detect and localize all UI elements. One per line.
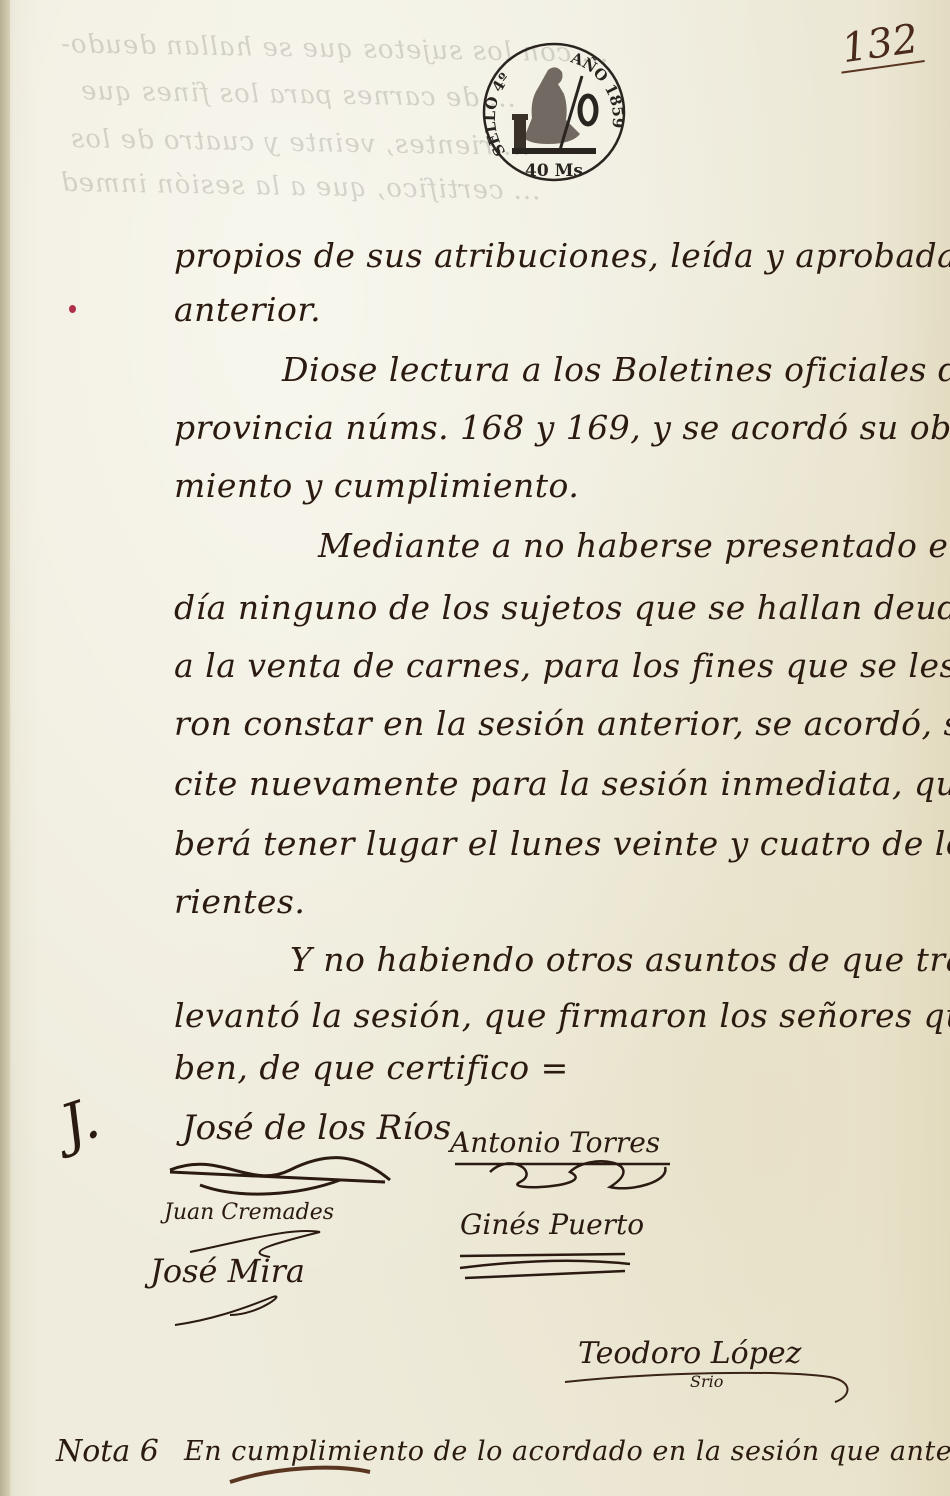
body-line: berá tener lugar el lunes veinte y cuatr…	[174, 824, 950, 863]
signature-flourish-icon	[170, 1290, 300, 1330]
signature-flourish-icon	[160, 1150, 400, 1200]
footer-note-label: Nota 6	[56, 1434, 159, 1469]
folio-number: 132	[835, 16, 925, 73]
fiscal-stamp: SELLO 4º AÑO 1859 40 Ms	[478, 40, 630, 185]
bleed-through-line: ... certifico, que a la sesión inmed	[60, 168, 541, 206]
body-line: propios de sus atribuciones, leída y apr…	[174, 236, 950, 275]
body-line: rientes.	[174, 882, 305, 921]
bleed-through-line: ... rientes, veinte y cuatro de los	[70, 124, 531, 162]
body-line: Mediante a no haberse presentado en este	[318, 526, 950, 565]
body-line: levantó la sesión, que firmaron los seño…	[174, 996, 950, 1035]
bleed-through-line: ... de carnes para los fines que	[80, 76, 516, 114]
body-line: cite nuevamente para la sesión inmediata…	[174, 764, 950, 803]
binding-edge	[0, 0, 10, 1496]
body-line: Diose lectura a los Boletines oficiales …	[282, 350, 950, 389]
margin-mark: J.	[53, 1086, 107, 1159]
body-line: ben, de que certifico =	[174, 1048, 569, 1087]
body-line: día ninguno de los sujetos que se hallan…	[174, 588, 950, 627]
ink-stroke-icon	[225, 1462, 375, 1492]
body-line: anterior.	[174, 290, 321, 329]
manuscript-page: ... con los sujetos que se hallan deudo-…	[0, 0, 950, 1496]
seated-allegory-icon	[512, 67, 596, 154]
body-line: Y no habiendo otros asuntos de que trata…	[290, 940, 950, 979]
signature-jose-mira: José Mira	[150, 1252, 305, 1290]
body-line: a la venta de carnes, para los fines que…	[174, 646, 950, 685]
signature-flourish-icon	[455, 1246, 635, 1286]
body-line: ron constar en la sesión anterior, se ac…	[174, 704, 950, 743]
svg-text:SELLO 4º: SELLO 4º	[481, 69, 514, 159]
signature-jose-de-los-rios: José de los Ríos	[182, 1108, 451, 1148]
secretary-abbreviation: Srio	[690, 1372, 723, 1391]
signature-flourish-icon	[450, 1152, 680, 1197]
signature-gines-puerto: Ginés Puerto	[460, 1208, 644, 1241]
stamp-value-text: 40 Ms	[525, 161, 583, 181]
body-line: provincia núms. 168 y 169, y se acordó s…	[174, 408, 950, 447]
stamp-seal-text: SELLO 4º	[481, 69, 514, 159]
red-ink-spot	[69, 305, 76, 313]
body-line: miento y cumplimiento.	[174, 466, 579, 505]
